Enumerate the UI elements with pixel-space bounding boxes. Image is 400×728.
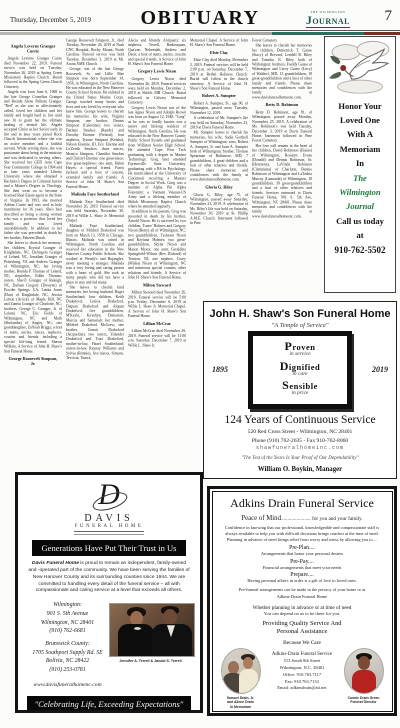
obituary-heading: George Roosevelt Simpson, Jr. <box>6 356 60 366</box>
memoriam-journal-name-line: Wilmington <box>325 188 395 197</box>
adkins-item-desc: Having personal affairs in order is a gi… <box>213 578 392 583</box>
obituary-column-2-text: George Roosevelt Simpson, Jr., died Tues… <box>66 38 124 360</box>
memoriam-phone-number: 910-762-5502 <box>325 246 395 255</box>
obituary-heading: Gregory Lewis Nixon <box>130 69 184 74</box>
photo-figure-head <box>163 609 177 625</box>
adkins-ad-title: Adkins Drain Funeral Service <box>213 496 392 511</box>
adkins-bottom-row: Samuel Drain, Jr. and Allene Drain In Me… <box>213 646 392 710</box>
obituary-paragraph: She leaves to cherish fond memories: her… <box>66 285 124 360</box>
davis-logo: D <box>18 481 200 511</box>
obituary-paragraph: Angela Leverne Granger Currie died Novem… <box>4 56 62 89</box>
shaw-year-current: 2019 <box>372 365 388 374</box>
memoriam-ad: Honor Your Loved One With A Memoriam In … <box>324 36 396 293</box>
adkins-memoriam-caption: Samuel Drain, Jr. and Allene Drain In Me… <box>221 696 261 710</box>
adkins-peace-tail: for you and your family. <box>311 516 363 522</box>
adkins-memoriam-photo-block: Samuel Drain, Jr. and Allene Drain In Me… <box>221 648 261 710</box>
adkins-contact-line: Adkins-Drain Funeral Service <box>261 651 344 659</box>
adkins-body-text: Confidence in knowing that our professio… <box>213 525 392 543</box>
shaw-ad-title: John H. Shaw's Son Funeral Home <box>204 308 396 320</box>
davis-trust-banner: Generations Have Put Their Trust in Us <box>32 540 187 556</box>
adkins-contact-line: Wilmington, N.C. 28401 <box>261 665 344 672</box>
adkins-item-desc: Arrangements that honor your personal de… <box>213 551 392 556</box>
davis-location-label: Wilmington: <box>26 601 109 610</box>
obituary-column-3: Alecia and Brandy Antijuan); six nephews… <box>128 38 186 470</box>
obituary-column-2: George Roosevelt Simpson, Jr., died Tues… <box>66 38 124 470</box>
obituary-paragraph: She leaves to cherish her memories her c… <box>252 43 312 99</box>
obituary-paragraph: George Roosevelt Simpson, Jr., died Tues… <box>66 38 124 66</box>
obituary-paragraph: In addition to his parents, Greg was pre… <box>128 209 186 280</box>
photo-figure-head <box>243 657 253 669</box>
memoriam-line: Memoriam <box>325 145 395 154</box>
memoriam-journal-name-line: The <box>325 174 395 183</box>
adkins-director-photo-block: Connie Drain Green Funeral Director <box>344 648 384 705</box>
obituary-paragraph: Gloria G. Riley, age 75, of Wilmington, … <box>190 192 248 225</box>
obituary-column-1: Angela Leverne Granger Currie Angela Lev… <box>4 38 62 470</box>
obituary-paragraph: Robert A. Sumpter, Sr., age 96, of Wilmi… <box>190 101 248 115</box>
adkins-item-desc: Financial arrangements that meet your ne… <box>213 565 392 570</box>
shaw-ad-middle-row: 1895 Proven in service Dignified in care… <box>204 329 396 409</box>
adkins-peace-dots: ....................... <box>281 516 311 522</box>
obituary-heading: Angela Leverne Granger Currie <box>6 44 60 54</box>
plaque-sub: in service <box>256 352 344 358</box>
shaw-funeral-home-ad: John H. Shaw's Son Funeral Home "A Templ… <box>203 301 397 479</box>
davis-address-line: Wilmington, NC 28401 <box>26 619 109 628</box>
obituary-paragraph: Betty D. Robinson, age 81, of Wilmington… <box>252 110 312 143</box>
davis-body-text: Davis Funeral Home is proud to remain an… <box>18 561 200 595</box>
adkins-director-photo <box>344 648 384 694</box>
adkins-contact-line: 513 South 8th Street <box>261 658 344 665</box>
adkins-contact-line: Email: adkinsdrain@att.net <box>261 685 344 692</box>
plaque-sub: in price <box>256 391 344 397</box>
adkins-peace-of-mind-line: Peace of Mind....................... for… <box>213 515 392 522</box>
davis-slogan-banner: "Celebrating Life, Exceeding Expectation… <box>27 696 192 712</box>
obituary-column-5: Forest Cemetery. She leaves to cherish h… <box>252 38 312 298</box>
photo-figure-head <box>358 656 370 670</box>
obituary-paragraph: Malinda Faye Southerland, daughter of Mi… <box>66 223 124 284</box>
dove-clouds-artwork-icon <box>327 40 393 96</box>
obituary-heading: Malinda Faye Southerland <box>68 192 122 197</box>
adkins-providing-2: Personal Assistance <box>213 628 392 636</box>
davis-phone-line: (910) 762-6681 <box>26 627 109 636</box>
obituary-paragraph: She leaves to cherish her memory: her ch… <box>4 241 62 354</box>
obituary-paragraph: Lillian McCrae died November 29, 2019. F… <box>128 329 186 348</box>
adkins-inner-border: Adkins Drain Funeral Service Peace of Mi… <box>212 491 393 712</box>
davis-address-line: 901 S. 5th Avenue <box>26 610 109 619</box>
davis-directors-photo <box>109 603 195 657</box>
shaw-manager-name: William O. Boykin, Manager <box>204 466 396 473</box>
davis-contact-block: Wilmington: 901 S. 5th Avenue Wilmington… <box>26 601 109 689</box>
memoriam-line: Honor Your <box>325 102 395 111</box>
memoriam-line: Loved One <box>325 116 395 125</box>
davis-location-label: Brunswick County: <box>26 640 109 649</box>
obituary-paragraph: Gregory Lewis Nixon died November 26, 20… <box>128 77 186 105</box>
newspaper-page: Thursday, December 5, 2019 OBITUARY THE … <box>0 0 400 728</box>
obituary-heading: Gloria G. Riley <box>192 185 246 190</box>
obituary-heading: Elsie Clay <box>192 50 246 55</box>
adkins-contact-block: Adkins-Drain Funeral Service 513 South 8… <box>261 651 344 692</box>
memoriam-line: With A <box>325 130 395 139</box>
davis-photo-caption: Jennifer A. Terrell & Jacobi S. Terrell <box>109 659 192 663</box>
shaw-years-banner: 124 Years of Continuous Service <box>204 414 396 426</box>
davis-address-line: 1705 Southport Supply Rd. SE <box>26 649 109 658</box>
plaque-sub: in care <box>256 372 344 378</box>
adkins-providing-line: Providing Quality Service And Personal A… <box>213 620 392 636</box>
obituary-column-1-text: Angela Leverne Granger Currie Angela Lev… <box>4 44 62 366</box>
obituary-paragraph: Gregory Lewis Nixon son of the late Agne… <box>128 105 186 208</box>
davis-photo-block: Jennifer A. Terrell & Jacobi S. Terrell <box>109 601 192 663</box>
obituary-paragraph: Elsie Clay died Monday, December 2, 2019… <box>190 58 248 91</box>
adkins-contact-line: Office: 910.763.7117 <box>261 672 344 679</box>
obituary-paragraph: Alecia and Brandy Antijuan); six nephews… <box>128 38 186 66</box>
adkins-memoriam-photo <box>221 648 261 694</box>
obituary-paragraph: Malinda Faye Southerland died November 2… <box>66 199 124 223</box>
obituary-heading: Robert A. Sumpter <box>192 94 246 99</box>
memoriam-line: In <box>325 159 395 168</box>
obituary-paragraph: Her love will remain in the heart of her… <box>252 143 312 218</box>
plaque-word: Dignified <box>256 360 344 372</box>
obituary-paragraph: Angela was born June 6, 1968 to the late… <box>4 90 62 241</box>
obituary-paragraph: Memorial Chapel. A Service of John H. Sh… <box>190 38 248 47</box>
davis-body-lead: Davis Funeral Home <box>32 561 79 566</box>
shaw-year-founded: 1895 <box>212 365 228 374</box>
davis-wordmark-sub: FUNERAL HOME <box>18 524 200 529</box>
adkins-providing-1: Providing Quality Service And <box>213 620 392 628</box>
obituary-paragraph: Milton Steward died November 26, 2019. F… <box>128 290 186 318</box>
obituary-column-4: Memorial Chapel. A Service of John H. Sh… <box>190 38 248 298</box>
shaw-motto: "The Test of the Years Is Your Proof of … <box>204 456 396 461</box>
photo-figure-head <box>228 661 239 674</box>
header-color-bar <box>0 32 400 35</box>
shaw-ad-tagline: "A Temple of Service" <box>204 322 396 329</box>
adkins-note: Pre-funeral arrangements can be made in … <box>213 587 392 599</box>
memoriam-line: at <box>325 231 395 240</box>
davis-wordmark: DAVIS <box>18 513 200 524</box>
adkins-contact-line: Fax: 910.763.7133 <box>261 679 344 686</box>
obituary-column-5-text: Forest Cemetery. She leaves to cherish h… <box>252 38 312 219</box>
davis-funeral-home-ad: D DAVIS FUNERAL HOME Generations Have Pu… <box>15 472 203 713</box>
shaw-phone: Phone (910) 762-2635 - Fax 910-762-8060 <box>204 438 396 444</box>
obituary-column-3-text: Alecia and Brandy Antijuan); six nephews… <box>128 38 186 347</box>
davis-website: www.davisfuneralhomenc.com <box>26 681 109 689</box>
shaw-plaque: Proven in service Dignified in care Sens… <box>248 331 352 409</box>
memoriam-journal-name-line: Journal <box>325 202 395 211</box>
obituary-paragraph: Mr. Sumpter leaves to cherish his memori… <box>190 130 248 182</box>
obituary-column-4-text: Memorial Chapel. A Service of John H. Sh… <box>190 38 248 225</box>
obituary-paragraph: George, son of the late George Roosevelt… <box>66 67 124 189</box>
header-rule <box>0 30 400 31</box>
caption-line: Funeral Director <box>344 700 384 705</box>
obituary-paragraph: A celebration of Mr. Sumpter's life was … <box>190 116 248 130</box>
davis-phone-line: (910) 253-0781 <box>26 666 109 675</box>
obituary-heading: Betty D. Robinson <box>254 103 310 108</box>
masthead-name: Journal <box>306 14 350 28</box>
davis-contact-row: Wilmington: 901 S. 5th Avenue Wilmington… <box>18 601 200 689</box>
adkins-peace-lead: Peace of Mind <box>241 515 281 522</box>
shaw-address: 520 Red Cross Street - Wilmington, NC 28… <box>204 429 396 435</box>
masthead: THE WILMINGTON Journal <box>306 11 350 28</box>
adkins-drain-funeral-service-ad: Adkins Drain Funeral Service Peace of Mi… <box>207 486 397 716</box>
memoriam-line: Call us today <box>325 217 395 226</box>
obituary-paragraph: Forest Cemetery. <box>252 38 312 43</box>
adkins-director-caption: Connie Drain Green Funeral Director <box>344 696 384 705</box>
caption-line: In Memoriam <box>221 705 261 710</box>
photo-figure-body <box>239 669 258 693</box>
davis-address-line: Bolivia, NC 28422 <box>26 657 109 666</box>
obituary-heading: Lillian McCrae <box>130 321 184 326</box>
photo-figure-body <box>352 670 376 693</box>
adkins-whether-line: You can depend on us to be there for you… <box>213 611 392 616</box>
page-number: 7 <box>385 8 393 25</box>
shaw-website: shawfuneralhomeinc.com <box>204 445 396 451</box>
obituary-heading: Milton Steward <box>130 283 184 288</box>
